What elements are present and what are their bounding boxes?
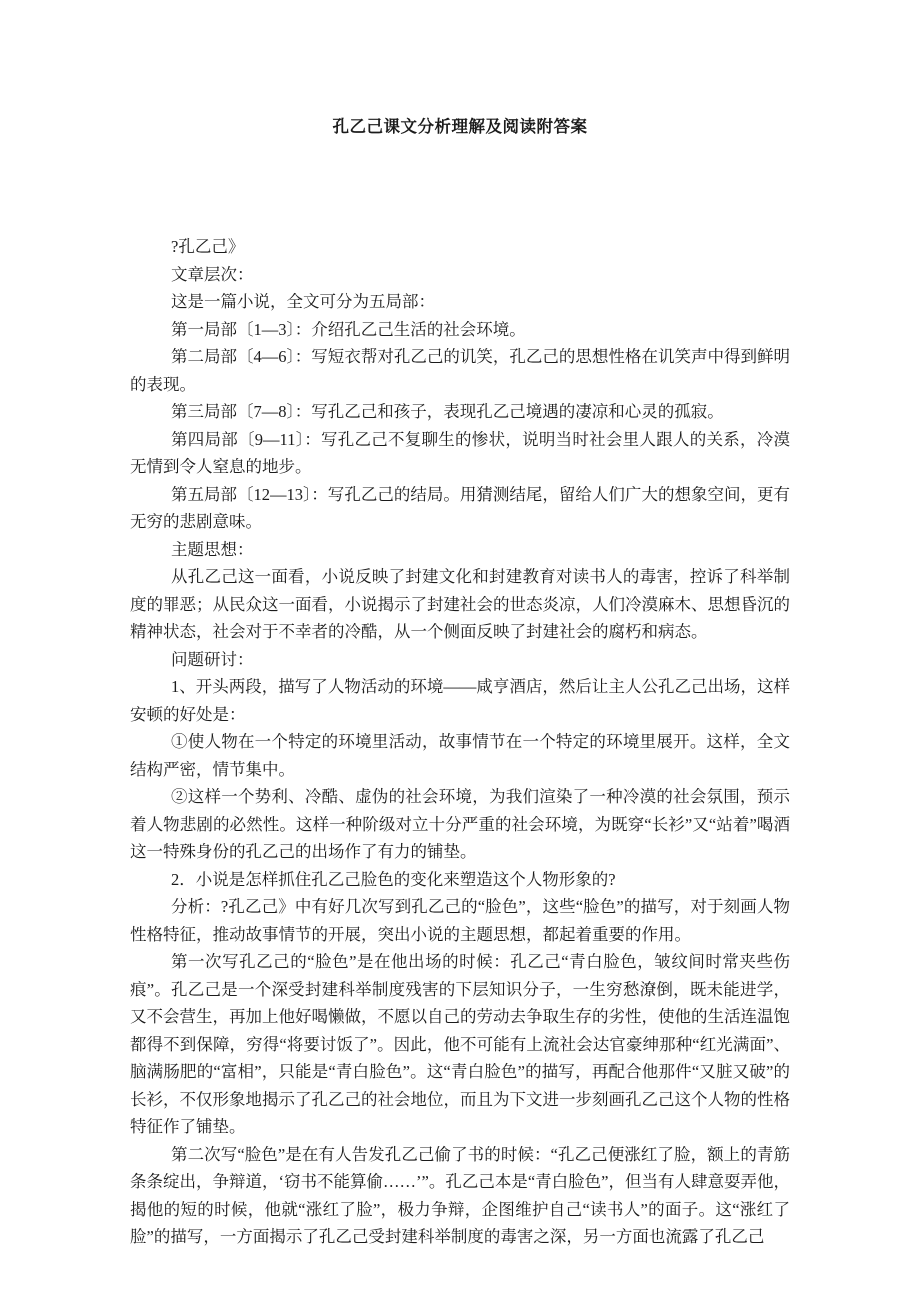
paragraph: 2．小说是怎样抓住孔乙己脸色的变化来塑造这个人物形象的? xyxy=(130,866,790,894)
paragraph: 第五局部〔12—13〕：写孔乙己的结局。用猜测结尾，留给人们广大的想象空间，更有… xyxy=(130,481,790,536)
paragraph: 第二局部〔4—6〕：写短衣帮对孔乙己的讥笑，孔乙己的思想性格在讥笑声中得到鲜明的… xyxy=(130,343,790,398)
document-page: 孔乙己课文分析理解及阅读附答案 ?孔乙己》 文章层次： 这是一篇小说，全文可分为… xyxy=(0,0,920,1302)
paragraph: ?孔乙己》 xyxy=(130,233,790,261)
paragraph: 问题研讨： xyxy=(130,646,790,674)
paragraph: 1、开头两段，描写了人物活动的环境——咸亨酒店，然后让主人公孔乙己出场，这样安顿… xyxy=(130,673,790,728)
paragraph: 第三局部〔7—8〕：写孔乙己和孩子，表现孔乙己境遇的凄凉和心灵的孤寂。 xyxy=(130,398,790,426)
document-title: 孔乙己课文分析理解及阅读附答案 xyxy=(0,0,920,141)
paragraph: ②这样一个势利、冷酷、虚伪的社会环境，为我们渲染了一种冷漠的社会氛围，预示着人物… xyxy=(130,783,790,866)
paragraph: 第四局部〔9—11〕：写孔乙己不复聊生的惨状，说明当时社会里人跟人的关系，冷漠无… xyxy=(130,426,790,481)
document-body: ?孔乙己》 文章层次： 这是一篇小说，全文可分为五局部： 第一局部〔1—3〕：介… xyxy=(0,233,920,1251)
paragraph: 从孔乙己这一面看，小说反映了封建文化和封建教育对读书人的毒害，控诉了科举制度的罪… xyxy=(130,563,790,646)
paragraph: 第二次写“脸色”是在有人告发孔乙己偷了书的时候：“孔乙己便涨红了脸，额上的青筋条… xyxy=(130,1141,790,1251)
paragraph: ①使人物在一个特定的环境里活动，故事情节在一个特定的环境里展开。这样，全文结构严… xyxy=(130,728,790,783)
paragraph: 第一次写孔乙己的“脸色”是在他出场的时候：孔乙己“青白脸色，皱纹间时常夹些伤痕”… xyxy=(130,948,790,1141)
paragraph: 文章层次： xyxy=(130,261,790,289)
paragraph: 分析：?孔乙己》中有好几次写到孔乙己的“脸色”，这些“脸色”的描写，对于刻画人物… xyxy=(130,893,790,948)
paragraph: 第一局部〔1—3〕：介绍孔乙己生活的社会环境。 xyxy=(130,316,790,344)
paragraph: 这是一篇小说，全文可分为五局部： xyxy=(130,288,790,316)
paragraph: 主题思想： xyxy=(130,536,790,564)
